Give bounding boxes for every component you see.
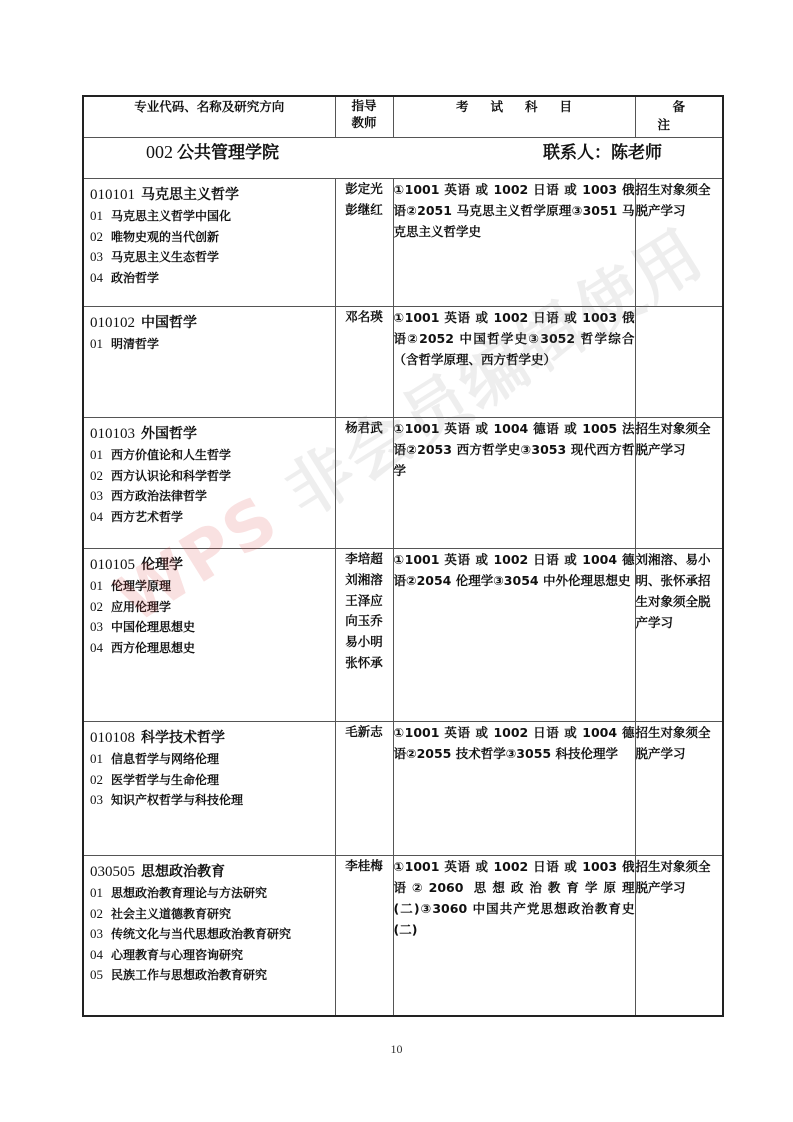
research-direction: 01伦理学原理 <box>90 576 335 597</box>
direction-number: 04 <box>90 507 111 528</box>
program-code: 030505 <box>90 864 135 880</box>
research-direction: 01马克思主义哲学中国化 <box>90 206 335 227</box>
direction-number: 01 <box>90 749 111 770</box>
page-number: 10 <box>0 1042 793 1057</box>
direction-number: 02 <box>90 466 111 487</box>
research-direction: 04西方艺术哲学 <box>90 507 335 528</box>
direction-number: 02 <box>90 904 111 925</box>
direction-name: 知识产权哲学与科技伦理 <box>111 793 243 807</box>
direction-name: 西方认识论和科学哲学 <box>111 469 231 483</box>
document-page: 专业代码、名称及研究方向 指导 教师 考试科目 备注 002公共管理学院 联系人… <box>0 0 793 1122</box>
research-direction: 03知识产权哲学与科技伦理 <box>90 790 335 811</box>
program-title: 010105伦理学 <box>90 554 335 576</box>
advisor-name: 邓名瑛 <box>336 307 393 328</box>
program-cell: 010102中国哲学01明清哲学 <box>83 307 335 418</box>
exam-subjects: ①1001 英语 或 1002 日语 或 1004 德语②2054 伦理学③30… <box>393 549 635 722</box>
advisor-name: 李培超 <box>336 549 393 570</box>
remarks <box>635 307 723 418</box>
research-direction: 04西方伦理思想史 <box>90 638 335 659</box>
direction-number: 03 <box>90 617 111 638</box>
research-direction: 05民族工作与思想政治教育研究 <box>90 965 335 986</box>
research-direction: 01思想政治教育理论与方法研究 <box>90 883 335 904</box>
direction-name: 传统文化与当代思想政治教育研究 <box>111 927 291 941</box>
college-row: 002公共管理学院 联系人：陈老师 <box>83 138 723 179</box>
program-cell: 010103外国哲学01西方价值论和人生哲学02西方认识论和科学哲学03西方政治… <box>83 418 335 549</box>
direction-name: 伦理学原理 <box>111 579 171 593</box>
direction-number: 04 <box>90 945 111 966</box>
advisors-cell: 李培超刘湘溶王泽应向玉乔易小明张怀承 <box>335 549 393 722</box>
advisors-cell: 李桂梅 <box>335 856 393 1016</box>
direction-name: 中国伦理思想史 <box>111 620 195 634</box>
exam-subjects: ①1001 英语 或 1002 日语 或 1003 俄语②2051 马克思主义哲… <box>393 179 635 307</box>
direction-number: 02 <box>90 597 111 618</box>
program-name: 外国哲学 <box>141 426 197 442</box>
advisor-name: 刘湘溶 <box>336 570 393 591</box>
research-direction: 03传统文化与当代思想政治教育研究 <box>90 924 335 945</box>
direction-number: 01 <box>90 206 111 227</box>
advisor-name: 彭继红 <box>336 200 393 221</box>
direction-number: 03 <box>90 247 111 268</box>
header-note: 备注 <box>635 96 723 138</box>
direction-number: 04 <box>90 268 111 289</box>
direction-number: 01 <box>90 883 111 904</box>
research-direction: 01明清哲学 <box>90 334 335 355</box>
remarks: 招生对象须全脱产学习 <box>635 722 723 856</box>
remarks: 刘湘溶、易小明、张怀承招生对象须全脱产学习 <box>635 549 723 722</box>
advisor-name: 杨君武 <box>336 418 393 439</box>
program-row: 030505思想政治教育01思想政治教育理论与方法研究02社会主义道德教育研究0… <box>83 856 723 1016</box>
exam-subjects: ①1001 英语 或 1002 日语 或 1004 德语②2055 技术哲学③3… <box>393 722 635 856</box>
header-advisor-line1: 指导 <box>336 97 393 114</box>
direction-name: 唯物史观的当代创新 <box>111 230 219 244</box>
direction-name: 马克思主义生态哲学 <box>111 250 219 264</box>
program-name: 思想政治教育 <box>141 864 225 880</box>
advisors-cell: 彭定光彭继红 <box>335 179 393 307</box>
advisor-name: 彭定光 <box>336 179 393 200</box>
header-note-label: 备注 <box>642 99 715 132</box>
program-code: 010101 <box>90 187 135 203</box>
remarks: 招生对象须全脱产学习 <box>635 418 723 549</box>
program-code: 010108 <box>90 730 135 746</box>
direction-name: 医学哲学与生命伦理 <box>111 773 219 787</box>
program-title: 010101马克思主义哲学 <box>90 184 335 206</box>
exam-subjects: ①1001 英语 或 1002 日语 或 1003 俄语②2060 思想政治教育… <box>393 856 635 1016</box>
direction-name: 西方价值论和人生哲学 <box>111 448 231 462</box>
direction-name: 西方艺术哲学 <box>111 510 183 524</box>
advisor-name: 毛新志 <box>336 722 393 743</box>
program-cell: 010101马克思主义哲学01马克思主义哲学中国化02唯物史观的当代创新03马克… <box>83 179 335 307</box>
program-row: 010108科学技术哲学01信息哲学与网络伦理02医学哲学与生命伦理03知识产权… <box>83 722 723 856</box>
program-cell: 010105伦理学01伦理学原理02应用伦理学03中国伦理思想史04西方伦理思想… <box>83 549 335 722</box>
remarks: 招生对象须全脱产学习 <box>635 179 723 307</box>
research-direction: 03中国伦理思想史 <box>90 617 335 638</box>
research-direction: 02社会主义道德教育研究 <box>90 904 335 925</box>
research-direction: 01信息哲学与网络伦理 <box>90 749 335 770</box>
advisors-cell: 杨君武 <box>335 418 393 549</box>
research-direction: 02西方认识论和科学哲学 <box>90 466 335 487</box>
program-row: 010103外国哲学01西方价值论和人生哲学02西方认识论和科学哲学03西方政治… <box>83 418 723 549</box>
direction-number: 01 <box>90 334 111 355</box>
program-code: 010102 <box>90 315 135 331</box>
research-direction: 03马克思主义生态哲学 <box>90 247 335 268</box>
direction-name: 西方伦理思想史 <box>111 641 195 655</box>
college-name: 002公共管理学院 <box>146 138 279 163</box>
research-direction: 03西方政治法律哲学 <box>90 486 335 507</box>
program-title: 010103外国哲学 <box>90 423 335 445</box>
direction-name: 西方政治法律哲学 <box>111 489 207 503</box>
program-name: 科学技术哲学 <box>141 730 225 746</box>
direction-name: 民族工作与思想政治教育研究 <box>111 968 267 982</box>
direction-number: 01 <box>90 576 111 597</box>
program-name: 马克思主义哲学 <box>141 187 239 203</box>
research-direction: 02医学哲学与生命伦理 <box>90 770 335 791</box>
advisors-cell: 毛新志 <box>335 722 393 856</box>
direction-name: 信息哲学与网络伦理 <box>111 752 219 766</box>
college-contact: 联系人：陈老师 <box>543 138 662 163</box>
program-cell: 030505思想政治教育01思想政治教育理论与方法研究02社会主义道德教育研究0… <box>83 856 335 1016</box>
college-cell: 002公共管理学院 联系人：陈老师 <box>83 138 723 179</box>
advisor-name: 向玉乔 <box>336 611 393 632</box>
admissions-table: 专业代码、名称及研究方向 指导 教师 考试科目 备注 002公共管理学院 联系人… <box>82 95 724 1017</box>
college-code: 002 <box>146 142 173 162</box>
program-title: 030505思想政治教育 <box>90 861 335 883</box>
direction-number: 03 <box>90 486 111 507</box>
header-program: 专业代码、名称及研究方向 <box>83 96 335 138</box>
research-direction: 02应用伦理学 <box>90 597 335 618</box>
header-advisor-line2: 教师 <box>336 114 393 131</box>
program-code: 010105 <box>90 557 135 573</box>
direction-number: 01 <box>90 445 111 466</box>
remarks: 招生对象须全脱产学习 <box>635 856 723 1016</box>
exam-subjects: ①1001 英语 或 1004 德语 或 1005 法语②2053 西方哲学史③… <box>393 418 635 549</box>
direction-number: 03 <box>90 790 111 811</box>
direction-number: 03 <box>90 924 111 945</box>
advisors-cell: 邓名瑛 <box>335 307 393 418</box>
direction-name: 政治哲学 <box>111 271 159 285</box>
header-advisor: 指导 教师 <box>335 96 393 138</box>
program-code: 010103 <box>90 426 135 442</box>
direction-number: 02 <box>90 770 111 791</box>
advisor-name: 王泽应 <box>336 591 393 612</box>
research-direction: 01西方价值论和人生哲学 <box>90 445 335 466</box>
direction-name: 思想政治教育理论与方法研究 <box>111 886 267 900</box>
direction-number: 04 <box>90 638 111 659</box>
exam-subjects: ①1001 英语 或 1002 日语 或 1003 俄语②2052 中国哲学史③… <box>393 307 635 418</box>
program-title: 010108科学技术哲学 <box>90 727 335 749</box>
advisor-name: 易小明 <box>336 632 393 653</box>
direction-name: 马克思主义哲学中国化 <box>111 209 231 223</box>
program-name: 中国哲学 <box>141 315 197 331</box>
program-title: 010102中国哲学 <box>90 312 335 334</box>
program-row: 010102中国哲学01明清哲学邓名瑛①1001 英语 或 1002 日语 或 … <box>83 307 723 418</box>
research-direction: 04政治哲学 <box>90 268 335 289</box>
header-exam-label: 考试科目 <box>434 99 594 114</box>
direction-number: 05 <box>90 965 111 986</box>
advisor-name: 李桂梅 <box>336 856 393 877</box>
direction-number: 02 <box>90 227 111 248</box>
direction-name: 心理教育与心理咨询研究 <box>111 948 243 962</box>
table-header-row: 专业代码、名称及研究方向 指导 教师 考试科目 备注 <box>83 96 723 138</box>
advisor-name: 张怀承 <box>336 653 393 674</box>
direction-name: 明清哲学 <box>111 337 159 351</box>
program-row: 010101马克思主义哲学01马克思主义哲学中国化02唯物史观的当代创新03马克… <box>83 179 723 307</box>
research-direction: 02唯物史观的当代创新 <box>90 227 335 248</box>
direction-name: 社会主义道德教育研究 <box>111 907 231 921</box>
college-name-text: 公共管理学院 <box>177 143 279 163</box>
direction-name: 应用伦理学 <box>111 600 171 614</box>
program-row: 010105伦理学01伦理学原理02应用伦理学03中国伦理思想史04西方伦理思想… <box>83 549 723 722</box>
header-exam: 考试科目 <box>393 96 635 138</box>
research-direction: 04心理教育与心理咨询研究 <box>90 945 335 966</box>
program-name: 伦理学 <box>141 557 183 573</box>
program-cell: 010108科学技术哲学01信息哲学与网络伦理02医学哲学与生命伦理03知识产权… <box>83 722 335 856</box>
